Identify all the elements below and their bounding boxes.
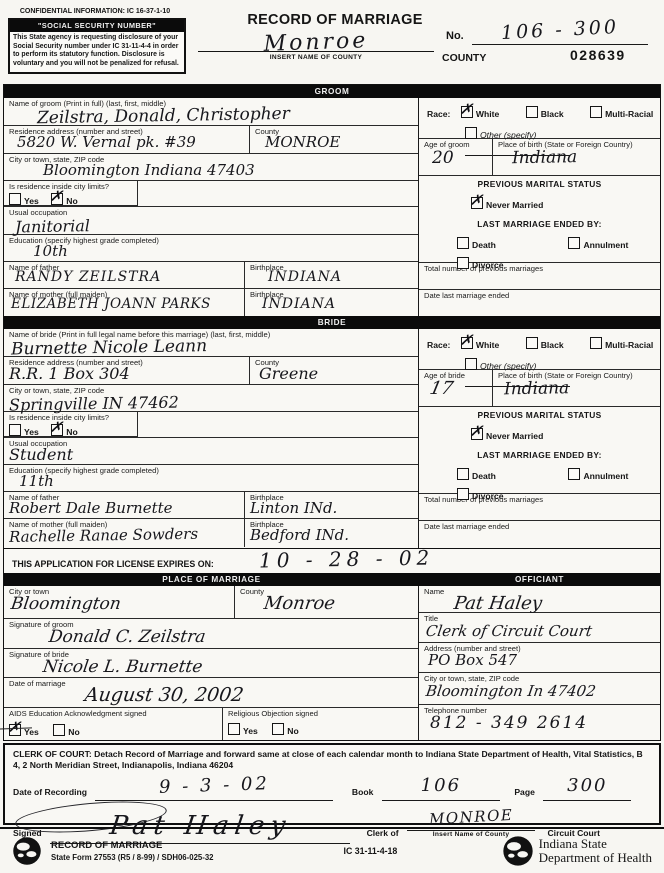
groom-limits-yes-label: Yes <box>24 196 39 206</box>
groom-father-birthplace-value: INDIANA <box>268 269 413 285</box>
aids-no-label: No <box>68 727 79 737</box>
county-name-field: Monroe INSERT NAME OF COUNTY <box>198 30 434 61</box>
serial-number: 028639 <box>570 47 626 63</box>
officiant-address-row: Address (number and street) PO Box 547 <box>419 643 660 673</box>
section-bars: PLACE OF MARRIAGE OFFICIANT <box>4 573 660 586</box>
groom-limits-label: Is residence inside city limits? <box>9 183 132 192</box>
bride-total-prev-row: Total number of previous marriages <box>419 493 660 520</box>
agency-name-line1: Indiana State <box>539 837 652 851</box>
bride-race-multi-checkbox <box>590 337 602 349</box>
bride-residence-value: R.R. 1 Box 304 <box>9 364 244 383</box>
license-expires-row: THIS APPLICATION FOR LICENSE EXPIRES ON:… <box>4 548 660 573</box>
place-of-marriage-bar: PLACE OF MARRIAGE <box>4 573 419 586</box>
bride-name-row: Name of bride (Print in full legal name … <box>4 329 418 357</box>
footer-form-number: State Form 27553 (R5 / 8-99) / SDH06-025… <box>51 853 214 862</box>
bride-race-cell: Race: White Black Multi-Racial Other (sp… <box>419 329 660 370</box>
officiant-city-value: Bloomington In 47402 <box>425 682 597 700</box>
groom-education-row: Education (specify highest grade complet… <box>4 235 418 262</box>
groom-race-white-checkbox <box>461 106 473 118</box>
groom-section-bar: GROOM <box>4 85 660 98</box>
groom-signature-row: Signature of groom Donald C. Zeilstra <box>4 619 418 649</box>
religious-yes-checkbox <box>228 723 240 735</box>
page-value: 300 <box>567 775 607 796</box>
license-expires-value: 10 - 28 - 02 <box>259 545 435 572</box>
groom-residence-row: Residence address (number and street) 58… <box>4 126 418 154</box>
bride-signature-row: Signature of bride Nicole L. Burnette <box>4 649 418 678</box>
bride-limits-row: Is residence inside city limits? Yes No <box>4 412 418 437</box>
groom-race-white-label: White <box>476 109 499 119</box>
bride-limits-yes-label: Yes <box>24 427 39 437</box>
bride-race-white-checkbox <box>461 337 473 349</box>
confidential-label: CONFIDENTIAL INFORMATION: IC 16-37-1-10 <box>6 8 184 15</box>
recording-row: Date of Recording 9 - 3 - 02 Book 106 Pa… <box>13 779 651 801</box>
bride-ended-heading: LAST MARRIAGE ENDED BY: <box>419 450 660 460</box>
bride-age-birth-row: Age of bride 17 Place of birth (State or… <box>419 370 660 407</box>
bride-race-white-label: White <box>476 340 499 350</box>
groom-mother-birthplace-value: INDIANA <box>262 296 413 312</box>
form-body: GROOM Name of groom (Print in full) (las… <box>3 84 661 741</box>
groom-total-prev-row: Total number of previous marriages <box>419 262 660 289</box>
groom-race-black-checkbox <box>526 106 538 118</box>
page-label: Page <box>514 787 535 797</box>
license-number-handwritten: 106 - 300 <box>501 16 620 44</box>
bride-mother-value: Rachelle Ranae Sowders <box>9 524 239 546</box>
date-of-recording-label: Date of Recording <box>13 787 87 797</box>
bride-father-value: Robert Dale Burnette <box>9 499 239 517</box>
marriage-city-value: Bloomington <box>10 594 123 614</box>
marriage-county-value: Monroe <box>263 593 337 614</box>
groom-birthplace-value: Indiana <box>512 146 655 168</box>
aids-yes-checkbox <box>9 724 21 736</box>
bride-residence-row: Residence address (number and street) R.… <box>4 357 418 385</box>
bride-signature-value: Nicole L. Burnette <box>42 657 204 677</box>
religious-no-label: No <box>287 726 298 736</box>
groom-mother-value: ELIZABETH JOANN PARKS <box>11 296 239 312</box>
groom-city-row: City or town, state, ZIP code Bloomingto… <box>4 154 418 181</box>
groom-death-checkbox <box>457 237 469 249</box>
groom-father-value: RANDY ZEILSTRA <box>15 269 239 285</box>
bride-race-black-label: Black <box>541 340 564 350</box>
bride-father-birthplace-value: Linton INd. <box>250 499 413 517</box>
bride-death-label: Death <box>472 471 550 481</box>
officiant-phone-value: 812 - 349 2614 <box>430 713 655 733</box>
groom-race-other-checkbox <box>465 127 477 139</box>
bride-limits-yes-checkbox <box>9 424 21 436</box>
officiant-phone-row: Telephone number 812 - 349 2614 <box>419 705 660 740</box>
officiant-name-value: Pat Haley <box>453 593 544 614</box>
bride-marital-block: PREVIOUS MARITAL STATUS Never Married LA… <box>419 407 660 493</box>
officiant-title-row: Title Clerk of Circuit Court <box>419 613 660 643</box>
bride-death-checkbox <box>457 468 469 480</box>
bride-occupation-value: Student <box>9 445 413 464</box>
bride-race-other-checkbox <box>465 358 477 370</box>
groom-date-ended-label: Date last marriage ended <box>424 292 655 301</box>
groom-annulment-checkbox <box>568 237 580 249</box>
groom-residence-value: 5820 W. Vernal pk. #39 <box>17 133 244 151</box>
bride-mother-row: Name of mother (full maiden) Rachelle Ra… <box>4 519 418 547</box>
bride-limits-label: Is residence inside city limits? <box>9 414 132 423</box>
bride-divorce-checkbox <box>457 488 469 500</box>
bride-never-married-checkbox <box>471 428 483 440</box>
date-of-recording-value: 9 - 3 - 02 <box>159 773 271 798</box>
document-footer: RECORD OF MARRIAGE State Form 27553 (R5 … <box>0 827 664 873</box>
groom-father-row: Name of father RANDY ZEILSTRA Birthplace… <box>4 262 418 289</box>
bride-age-value: 17 <box>428 378 489 399</box>
groom-name-row: Name of groom (Print in full) (last, fir… <box>4 98 418 126</box>
aids-no-checkbox <box>53 724 65 736</box>
groom-limits-row: Is residence inside city limits? Yes No <box>4 181 418 206</box>
officiant-name-row: Name Pat Haley <box>419 586 660 613</box>
bride-county-value: Greene <box>259 364 413 383</box>
clerk-county-value: MONROE <box>428 806 513 828</box>
agency-name-line2: Department of Health <box>539 851 652 865</box>
acknowledgment-row: AIDS Education Acknowledgment signed Yes… <box>4 708 418 740</box>
bride-annulment-checkbox <box>568 468 580 480</box>
groom-race-cell: Race: White Black Multi-Racial Other (sp… <box>419 98 660 139</box>
ssn-bar: "SOCIAL SECURITY NUMBER" <box>10 20 184 32</box>
groom-limits-no-label: No <box>66 196 77 206</box>
ssn-text: This State agency is requesting disclosu… <box>10 32 184 72</box>
groom-age-birth-row: Age of groom 20 Place of birth (State or… <box>419 139 660 176</box>
bride-birthplace-value: Indiana <box>504 377 655 400</box>
bride-education-row: Education (specify highest grade complet… <box>4 465 418 492</box>
groom-ended-heading: LAST MARRIAGE ENDED BY: <box>419 219 660 229</box>
record-of-marriage-document: CONFIDENTIAL INFORMATION: IC 16-37-1-10 … <box>0 0 664 873</box>
marriage-date-row: Date of marriage August 30, 2002 <box>4 678 418 708</box>
bride-city-row: City or town, state, ZIP code Springvill… <box>4 385 418 412</box>
book-value: 106 <box>421 775 461 796</box>
page-title: RECORD OF MARRIAGE <box>235 12 435 28</box>
officiant-city-row: City or town, state, ZIP code Bloomingto… <box>419 673 660 705</box>
county-word: COUNTY <box>442 52 486 64</box>
footer-title: RECORD OF MARRIAGE <box>51 840 214 851</box>
groom-limits-yes-checkbox <box>9 193 21 205</box>
religious-no-checkbox <box>272 723 284 735</box>
no-label: No. <box>446 30 464 42</box>
groom-city-value: Bloomington Indiana 47403 <box>43 161 413 179</box>
religious-yes-label: Yes <box>243 726 258 736</box>
groom-section: Name of groom (Print in full) (last, fir… <box>4 98 660 316</box>
number-field: No. 106 - 300 <box>446 22 658 45</box>
aids-ack-label: AIDS Education Acknowledgment signed <box>9 710 217 719</box>
groom-race-multi-label: Multi-Racial <box>605 109 653 119</box>
book-label: Book <box>352 787 373 797</box>
bride-occupation-row: Usual occupation Student <box>4 437 418 465</box>
groom-marital-block: PREVIOUS MARITAL STATUS Never Married LA… <box>419 176 660 262</box>
place-officiant-section: City or town Bloomington County Monroe S… <box>4 586 660 740</box>
groom-divorce-checkbox <box>457 257 469 269</box>
officiant-address-value: PO Box 547 <box>428 651 655 669</box>
clerk-notice: CLERK OF COURT: Detach Record of Marriag… <box>13 749 651 771</box>
marriage-city-row: City or town Bloomington County Monroe <box>4 586 418 619</box>
groom-signature-value: Donald C. Zeilstra <box>48 627 207 647</box>
groom-race-label: Race: <box>427 109 450 119</box>
religious-objection-label: Religious Objection signed <box>228 710 413 719</box>
marriage-date-value: August 30, 2002 <box>83 684 244 706</box>
bride-mother-birthplace-value: Bedford INd. <box>250 526 413 544</box>
groom-never-married-label: Never Married <box>486 200 543 210</box>
groom-pms-heading: PREVIOUS MARITAL STATUS <box>419 179 660 189</box>
license-expires-label: THIS APPLICATION FOR LICENSE EXPIRES ON: <box>12 559 214 569</box>
bride-race-label: Race: <box>427 340 450 350</box>
bride-father-row: Name of father Robert Dale Burnette Birt… <box>4 492 418 519</box>
health-dept-globe-icon <box>502 835 534 867</box>
bride-never-married-label: Never Married <box>486 431 543 441</box>
groom-death-label: Death <box>472 240 550 250</box>
bride-limits-no-checkbox <box>51 424 63 436</box>
groom-date-ended-row: Date last marriage ended <box>419 289 660 316</box>
footer-code: IC 31-11-4-18 <box>344 846 398 856</box>
groom-race-black-label: Black <box>541 109 564 119</box>
bride-section-bar: BRIDE <box>4 316 660 329</box>
state-seal-icon <box>12 836 42 866</box>
document-header: CONFIDENTIAL INFORMATION: IC 16-37-1-10 … <box>0 0 664 84</box>
bride-limits-no-label: No <box>66 427 77 437</box>
groom-occupation-row: Usual occupation Janitorial <box>4 206 418 235</box>
clerk-of-court-box: CLERK OF COURT: Detach Record of Marriag… <box>3 743 661 825</box>
groom-county-value: MONROE <box>265 133 413 151</box>
groom-never-married-checkbox <box>471 197 483 209</box>
groom-annulment-label: Annulment <box>583 240 628 250</box>
groom-race-multi-checkbox <box>590 106 602 118</box>
bride-date-ended-label: Date last marriage ended <box>424 523 655 532</box>
groom-age-value: 20 <box>432 148 487 168</box>
bride-race-black-checkbox <box>526 337 538 349</box>
bride-section: Name of bride (Print in full legal name … <box>4 329 660 548</box>
bride-race-multi-label: Multi-Racial <box>605 340 653 350</box>
groom-limits-no-checkbox <box>51 193 63 205</box>
bride-pms-heading: PREVIOUS MARITAL STATUS <box>419 410 660 420</box>
bride-annulment-label: Annulment <box>583 471 628 481</box>
officiant-title-value: Clerk of Circuit Court <box>425 622 594 640</box>
bride-date-ended-row: Date last marriage ended <box>419 520 660 548</box>
officiant-bar: OFFICIANT <box>419 573 660 586</box>
ssn-disclosure-box: "SOCIAL SECURITY NUMBER" This State agen… <box>8 18 186 74</box>
groom-mother-row: Name of mother (full maiden) ELIZABETH J… <box>4 289 418 316</box>
